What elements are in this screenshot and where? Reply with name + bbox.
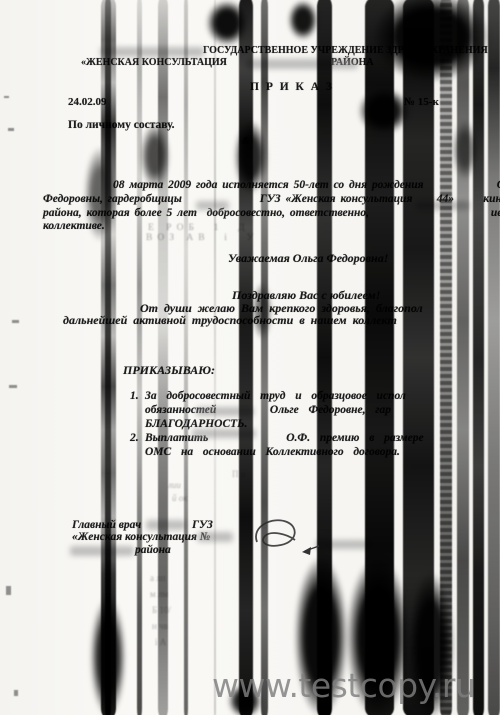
scan-streak	[457, 0, 469, 715]
scan-streak	[239, 0, 253, 715]
scanned-document-page: ГОСУДАРСТВЕННОЕ УЧРЕЖДЕНИЕ ЗДРАВООХРАНЕН…	[0, 0, 500, 715]
watermark-text: www.testcopy.ru	[212, 666, 475, 705]
ink-blot	[234, 120, 268, 194]
scan-streak	[261, 0, 268, 715]
margin-speck	[4, 96, 9, 98]
ink-blot	[140, 122, 170, 190]
ink-blot	[252, 282, 272, 340]
scan-streak	[473, 0, 484, 715]
margin-speck	[8, 128, 14, 131]
scan-streak	[214, 0, 216, 715]
margin-speck	[12, 320, 19, 323]
scan-streak	[184, 0, 188, 715]
margin-speck	[9, 385, 17, 388]
scan-artifact-layer	[0, 0, 500, 715]
scan-streak	[488, 0, 500, 715]
signature-arrow-head	[302, 547, 311, 555]
signature-stroke	[256, 520, 295, 546]
margin-speck	[14, 690, 18, 696]
scan-streak	[158, 0, 168, 715]
ink-blot	[84, 146, 116, 242]
ink-blot	[288, 0, 318, 40]
scan-streak	[137, 0, 142, 715]
ink-blot	[452, 120, 478, 180]
ink-blot	[206, 0, 248, 46]
signature-scribble	[243, 512, 323, 560]
ink-blot	[358, 88, 410, 134]
margin-speck	[6, 586, 11, 595]
ink-blot	[90, 596, 126, 715]
